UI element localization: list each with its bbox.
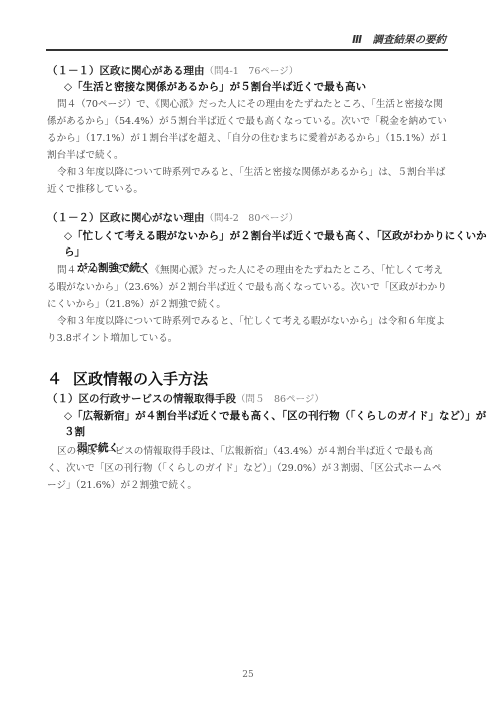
question-reference: （問4-2 80ページ）: [205, 213, 299, 224]
chapter-title: 区政情報の入手方法: [73, 370, 208, 388]
paragraph: 問４（70ページ）で、《関心派》だった人にその理由をたずねたところ、「生活と密接…: [47, 96, 451, 164]
paragraph: 区の行政サービスの情報取得手段は、「広報新宿」（43.4%）が４割台半ば近くで最…: [47, 443, 451, 494]
heading-text: （１）区の行政サービスの情報取得手段: [47, 393, 236, 405]
header-rule: [46, 49, 448, 51]
paragraph: 問４（70ページ）で、《無関心派》だった人にその理由をたずねたところ、「忙しくて…: [47, 262, 451, 313]
section-heading-4-1: （１）区の行政サービスの情報取得手段（問５ 86ページ）: [47, 391, 324, 406]
chapter-number: ４: [47, 368, 73, 389]
question-reference: （問５ 86ページ）: [236, 394, 324, 405]
summary-line: ◇「忙しくて考える暇がないから」が２割台半ば近くで最も高く、「区政がわかりにくい…: [64, 230, 487, 258]
paragraph: 令和３年度以降について時系列でみると、「生活と密接な関係があるから」は、５割台半…: [47, 164, 451, 198]
section-heading-1-1: （１－１）区政に関心がある理由（問4-1 76ページ）: [47, 63, 298, 78]
section-heading-1-2: （１－２）区政に関心がない理由（問4-2 80ページ）: [47, 210, 298, 225]
heading-text: （１－１）区政に関心がある理由: [47, 65, 205, 77]
body-1-2: 問４（70ページ）で、《無関心派》だった人にその理由をたずねたところ、「忙しくて…: [47, 262, 451, 347]
running-header-title: Ⅲ 調査結果の要約: [352, 32, 446, 47]
body-1-1: 問４（70ページ）で、《関心派》だった人にその理由をたずねたところ、「生活と密接…: [47, 96, 451, 198]
body-4-1: 区の行政サービスの情報取得手段は、「広報新宿」（43.4%）が４割台半ば近くで最…: [47, 443, 451, 494]
summary-line: ◇「広報新宿」が４割台半ば近くで最も高く、「区の刊行物（「くらしのガイド」など）…: [64, 410, 486, 438]
page-number: 25: [0, 670, 496, 680]
summary-1-1: ◇「生活と密接な関係があるから」が５割台半ば近くで最も高い: [64, 79, 366, 95]
chapter-heading-4: ４区政情報の入手方法: [47, 368, 208, 389]
question-reference: （問4-1 76ページ）: [205, 66, 299, 77]
paragraph: 令和３年度以降について時系列でみると、「忙しくて考える暇がないから」は令和６年度…: [47, 313, 451, 347]
heading-text: （１－２）区政に関心がない理由: [47, 212, 205, 224]
